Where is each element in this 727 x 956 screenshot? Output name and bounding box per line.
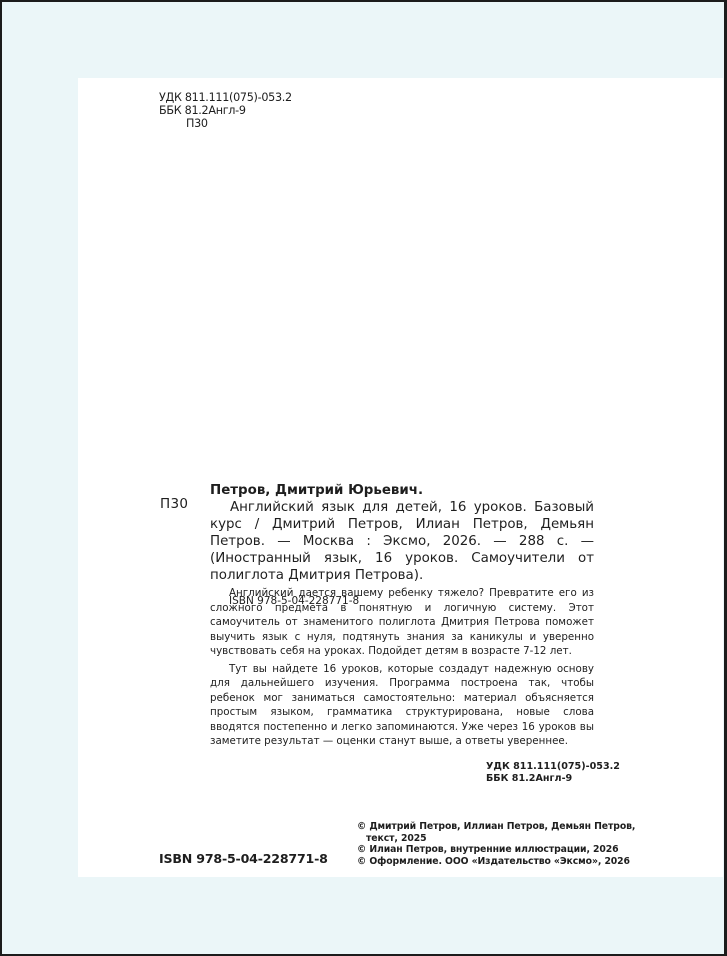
- copyright-block: © Дмитрий Петров, Иллиан Петров, Демьян …: [357, 821, 635, 867]
- copyright-illustrations: © Илиан Петров, внутренние иллюстрации, …: [357, 844, 635, 856]
- udk-code: УДК 811.111(075)-053.2: [159, 91, 292, 104]
- copyright-text: © Дмитрий Петров, Иллиан Петров, Демьян …: [357, 821, 635, 833]
- bibliographic-description: Английский язык для детей, 16 уроков. Ба…: [210, 500, 594, 585]
- bbk-code: ББК 81.2Англ-9: [159, 104, 292, 117]
- copyright-text-continued: текст, 2025: [357, 833, 635, 845]
- bbk-code-bottom: ББК 81.2Англ-9: [486, 773, 620, 785]
- classification-codes-top: УДК 811.111(075)-053.2 ББК 81.2Англ-9 П3…: [159, 91, 292, 130]
- annotation-paragraph: Тут вы найдете 16 уроков, которые создад…: [210, 662, 594, 749]
- isbn-footer: ISBN 978-5-04-228771-8: [159, 851, 328, 866]
- annotation-paragraph: Английский дается вашему ребенку тяжело?…: [210, 586, 594, 659]
- copyright-design: © Оформление. ООО «Издательство «Эксмо»,…: [357, 856, 635, 868]
- classification-codes-bottom: УДК 811.111(075)-053.2 ББК 81.2Англ-9: [486, 761, 620, 784]
- author-index: П30: [159, 117, 292, 130]
- author-heading: Петров, Дмитрий Юрьевич.: [210, 483, 594, 500]
- document-viewport: УДК 811.111(075)-053.2 ББК 81.2Англ-9 П3…: [2, 2, 724, 954]
- author-mark: П30: [160, 496, 188, 512]
- udk-code-bottom: УДК 811.111(075)-053.2: [486, 761, 620, 773]
- annotation: Английский дается вашему ребенку тяжело?…: [210, 586, 594, 752]
- document-page: УДК 811.111(075)-053.2 ББК 81.2Англ-9 П3…: [78, 78, 723, 877]
